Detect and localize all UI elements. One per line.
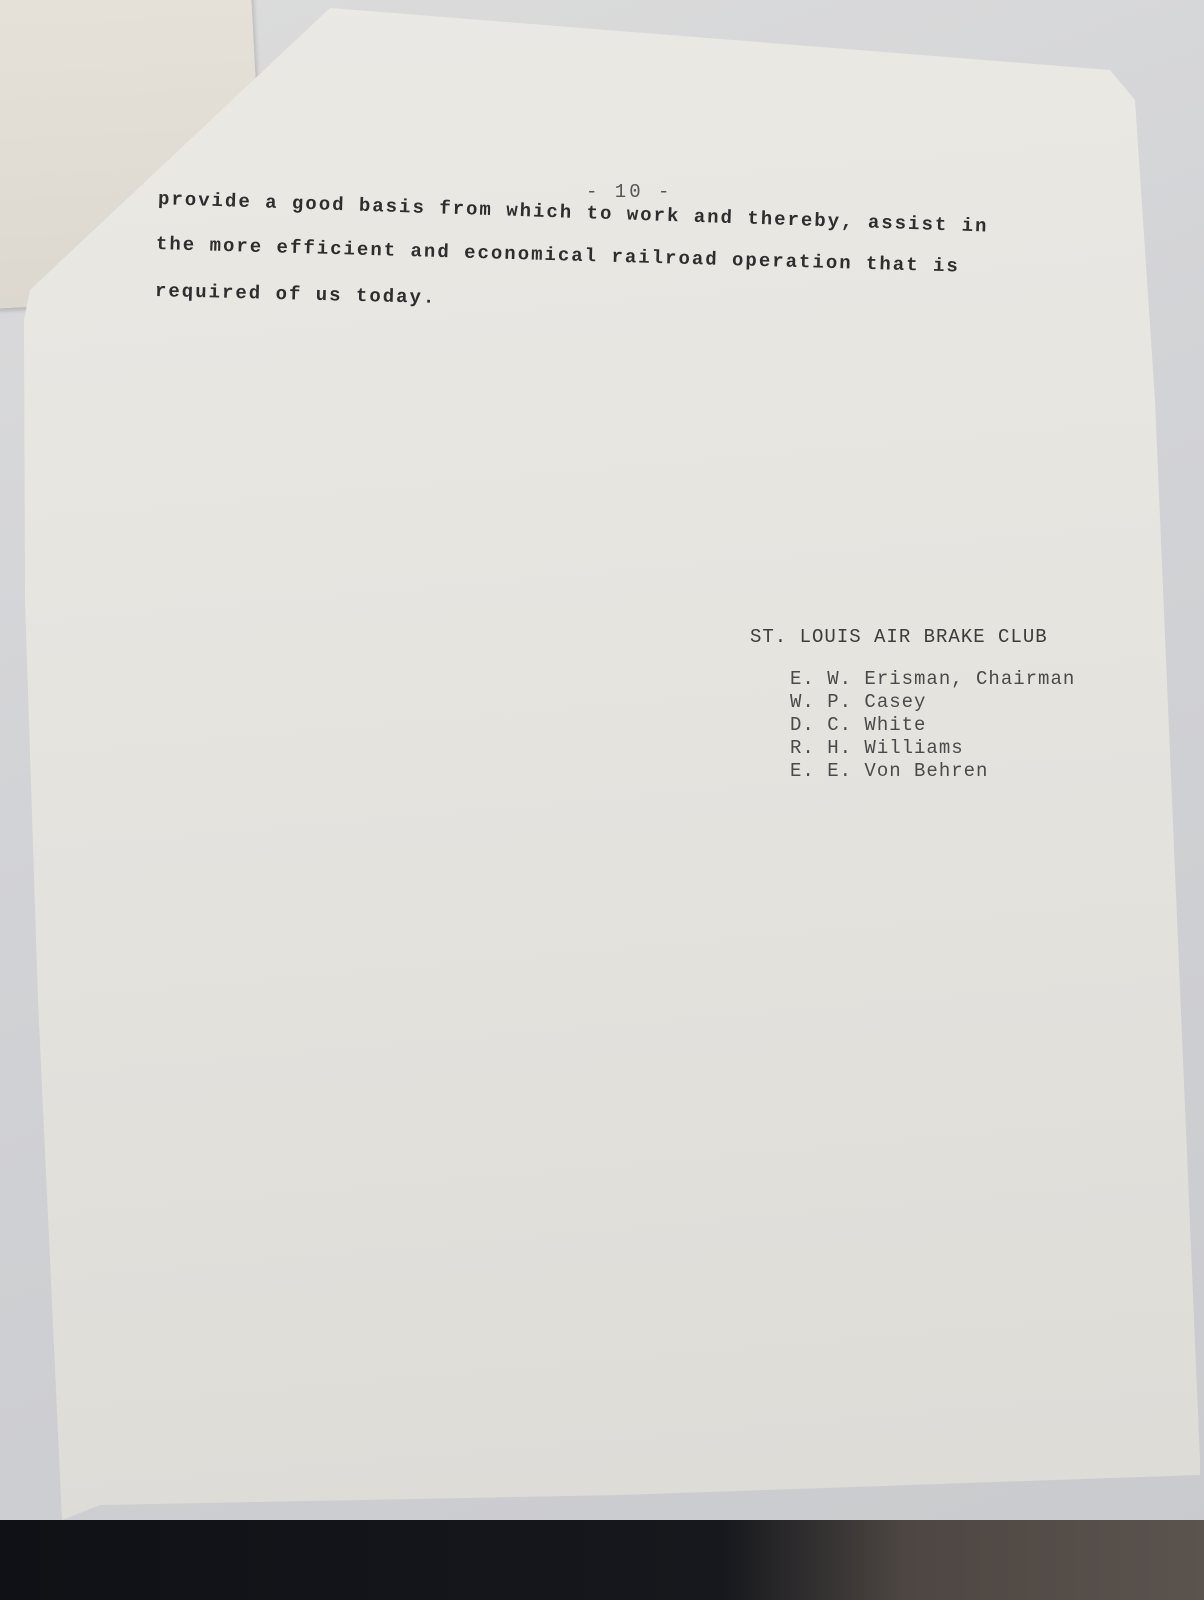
signature-member: W. P. Casey bbox=[790, 691, 926, 713]
signature-organization: ST. LOUIS AIR BRAKE CLUB bbox=[750, 626, 1048, 648]
signature-member: E. W. Erisman, Chairman bbox=[790, 668, 1075, 690]
signature-member: D. C. White bbox=[790, 714, 926, 736]
page-number: - 10 - bbox=[586, 181, 672, 203]
signature-member: E. E. Von Behren bbox=[790, 760, 988, 782]
table-surface bbox=[0, 1520, 1204, 1600]
typed-document-page bbox=[20, 0, 1204, 1540]
signature-member: R. H. Williams bbox=[790, 737, 964, 759]
